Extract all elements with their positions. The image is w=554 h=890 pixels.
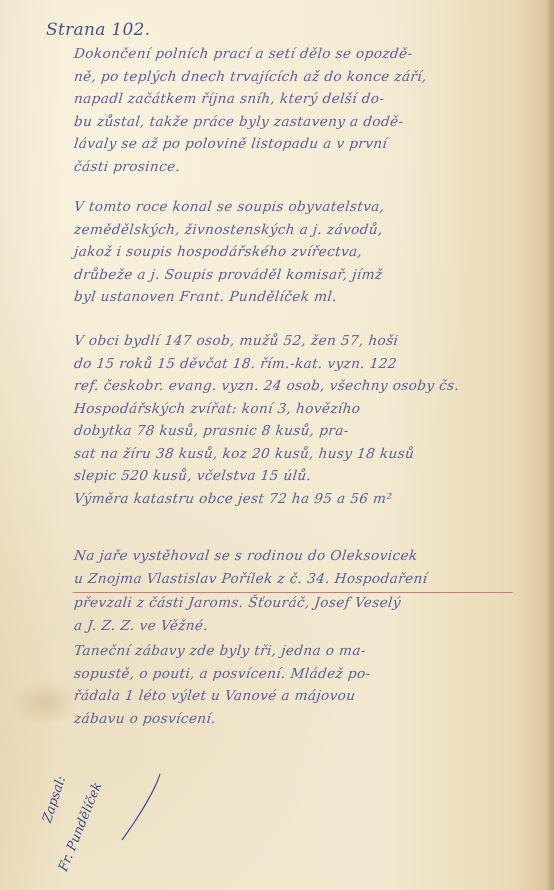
text-line: ref. českobr. evang. vyzn. 24 osob, všec… [73, 375, 515, 398]
text-line: Dokončení polních prací a setí dělo se o… [73, 43, 515, 66]
text-line: Hospodářských zvířat: koní 3, hovězího [73, 398, 515, 421]
signature: Zapsal: Fr. Pundělíček [40, 780, 170, 870]
text-line: slepic 520 kusů, včelstva 15 úlů. [73, 465, 515, 488]
text-line: a J. Z. Z. ve Věžné. [73, 615, 515, 638]
paragraph-emigration: Na jaře vystěhoval se s rodinou do Oleks… [74, 545, 514, 637]
paragraph-fieldwork: Dokončení polních prací a setí dělo se o… [74, 43, 514, 178]
text-line: sat na žíru 38 kusů, koz 20 kusů, husy 1… [73, 443, 515, 466]
text-line: V obci bydlí 147 osob, mužů 52, žen 57, … [73, 330, 515, 353]
signature-label: Zapsal: [40, 774, 69, 824]
text-line: řádala 1 léto výlet u Vanové a májovou [73, 685, 515, 708]
text-line: dobytka 78 kusů, prasnic 8 kusů, pra- [73, 420, 515, 443]
page-edge-shadow [546, 0, 554, 890]
text-line: V tomto roce konal se soupis obyvatelstv… [73, 196, 515, 219]
text-line: do 15 roků 15 děvčat 18. řím.-kat. vyzn.… [73, 353, 515, 376]
text-line: drůbeže a j. Soupis prováděl komisař, jí… [73, 264, 515, 287]
chronicle-page: Strana 102. Dokončení polních prací a se… [0, 0, 554, 890]
text-line: zábavu o posvícení. [73, 708, 515, 731]
text-line: bu zůstal, takže práce byly zastaveny a … [73, 111, 515, 134]
text-line: Na jaře vystěhoval se s rodinou do Oleks… [73, 545, 515, 568]
paragraph-statistics: V obci bydlí 147 osob, mužů 52, žen 57, … [74, 330, 514, 510]
text-line: jakož i soupis hospodářského zvířectva, [73, 241, 515, 264]
paper-stain [10, 680, 80, 725]
text-line: byl ustanoven Frant. Pundělíček ml. [73, 286, 515, 309]
text-line: lávaly se až po polovině listopadu a v p… [73, 133, 515, 156]
paragraph-census: V tomto roce konal se soupis obyvatelstv… [74, 196, 514, 309]
text-line: ně, po teplých dnech trvajících až do ko… [73, 66, 515, 89]
text-line: sopustě, o pouti, a posvícení. Mládež po… [73, 663, 515, 686]
paragraph-dances: Taneční zábavy zde byly tři, jedna o ma-… [74, 640, 514, 730]
text-line: převzali z části Jaroms. Šťouráč, Josef … [73, 592, 515, 615]
text-line: Taneční zábavy zde byly tři, jedna o ma- [73, 640, 515, 663]
text-line: části prosince. [73, 156, 515, 179]
text-line-underlined: u Znojma Vlastislav Pořílek z č. 34. Hos… [73, 568, 516, 593]
text-line: napadl začátkem října sníh, který delší … [73, 88, 515, 111]
page-number-heading: Strana 102. [46, 20, 150, 40]
text-line: Výměra katastru obce jest 72 ha 95 a 56 … [73, 488, 515, 511]
text-line: zemědělských, živnostenských a j. závodů… [73, 219, 515, 242]
signature-flourish-icon [100, 770, 170, 850]
